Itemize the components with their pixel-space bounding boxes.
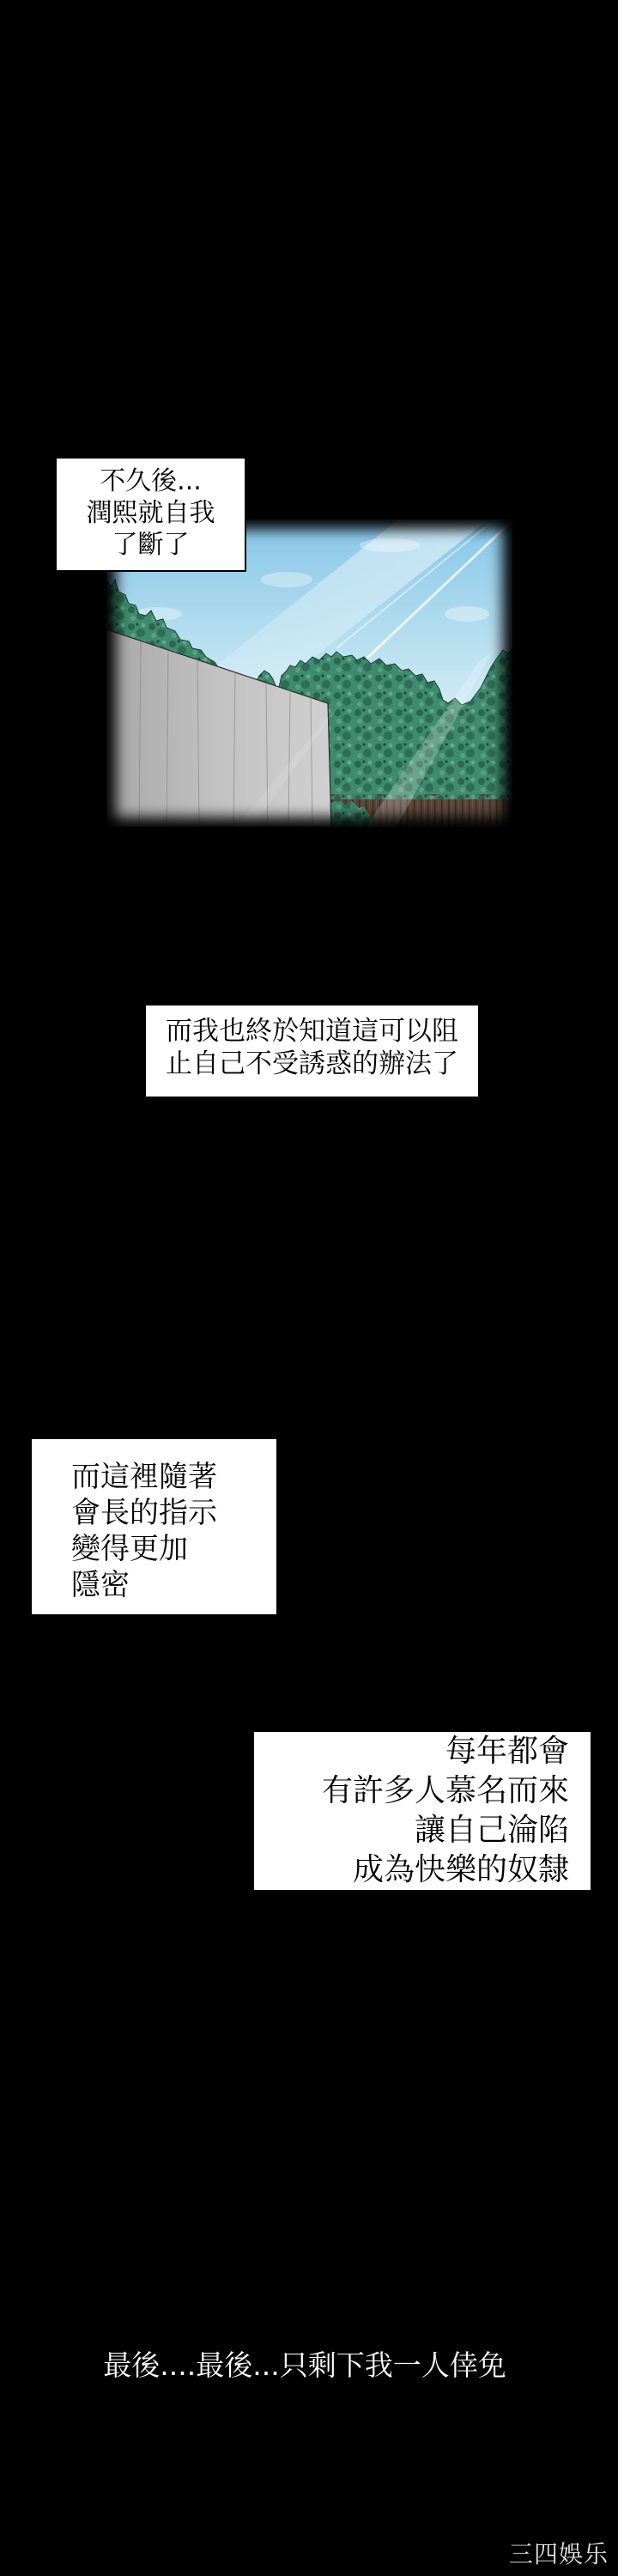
caption-line: 成為快樂的奴隸 <box>254 1850 569 1890</box>
caption-line: 變得更加 <box>71 1531 276 1567</box>
caption-box-found-the-way: 而我也終於知道這可以阻 止自己不受誘惑的辦法了 <box>146 1005 478 1097</box>
caption-box-after-a-while: 不久後... 潤熙就自我 了斷了 <box>55 457 246 572</box>
caption-line: 每年都會 <box>254 1732 569 1771</box>
caption-line: 止自己不受誘惑的辦法了 <box>146 1048 478 1080</box>
caption-line: 而這裡隨著 <box>71 1459 276 1495</box>
caption-line: 會長的指示 <box>71 1495 276 1531</box>
caption-line: 隱密 <box>71 1567 276 1603</box>
caption-box-more-secret: 而這裡隨著 會長的指示 變得更加 隱密 <box>32 1439 276 1614</box>
caption-box-every-year: 每年都會 有許多人慕名而來 讓自己淪陷 成為快樂的奴隸 <box>254 1732 591 1890</box>
caption-line: 讓自己淪陷 <box>254 1811 569 1850</box>
caption-line: 有許多人慕名而來 <box>254 1771 569 1811</box>
caption-line: 了斷了 <box>57 529 245 561</box>
narration-text: 最後....最後...只剩下我一人倖免 <box>0 2348 609 2383</box>
caption-line: 潤熙就自我 <box>57 497 245 529</box>
watermark: 三四娛乐 <box>509 2539 609 2570</box>
caption-line: 而我也終於知道這可以阻 <box>146 1015 478 1048</box>
caption-line: 不久後... <box>57 465 245 497</box>
